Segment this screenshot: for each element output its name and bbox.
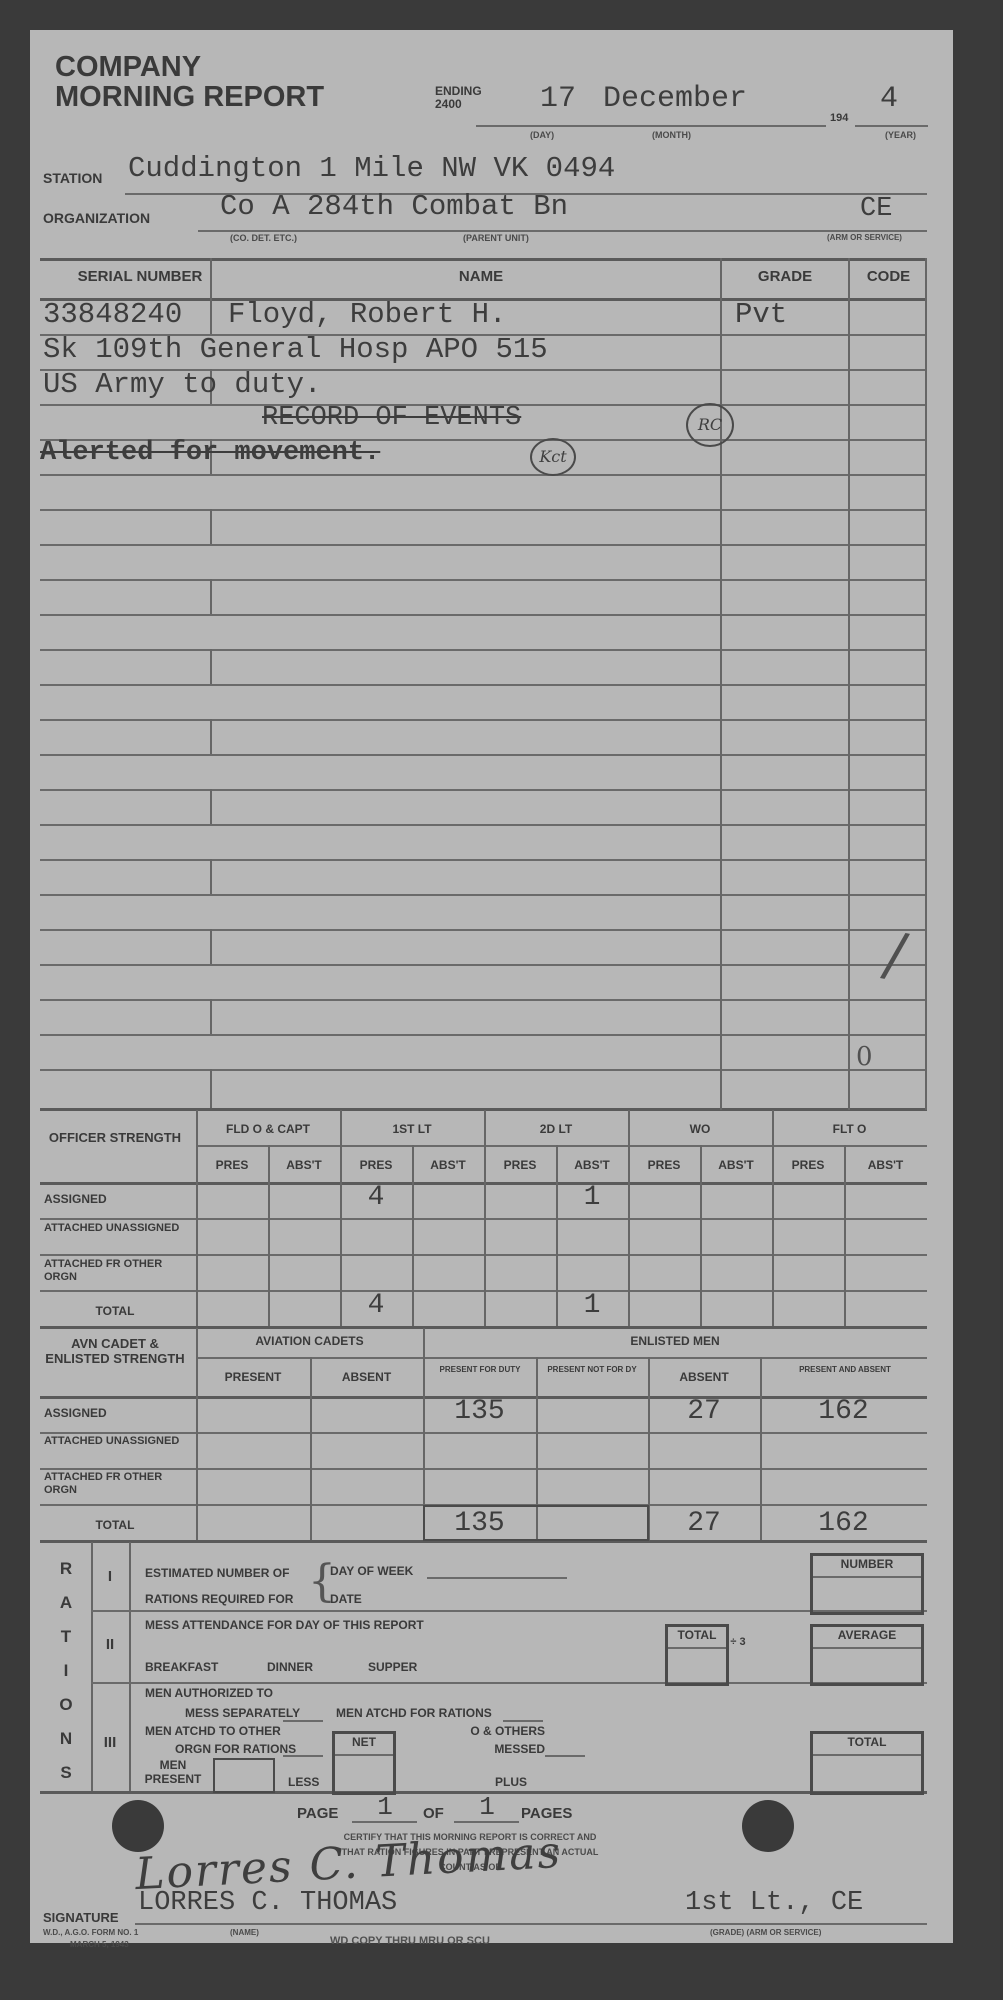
alerted-struck: Alerted for movement. xyxy=(40,438,380,468)
o-others-label: O & OTHERS xyxy=(465,1724,545,1738)
report-day: 17 xyxy=(540,82,576,116)
grade-caption: (GRADE) (ARM OR SERVICE) xyxy=(710,1928,821,1937)
officer-col-line xyxy=(772,1110,774,1326)
day-caption: (DAY) xyxy=(530,130,554,140)
plus-label: PLUS xyxy=(495,1775,527,1789)
serial-col-line xyxy=(210,579,212,614)
log-rule xyxy=(40,719,927,721)
sub-abst: ABS'T xyxy=(700,1158,772,1172)
sub-pres: PRES xyxy=(340,1158,412,1172)
assigned-absent: 27 xyxy=(648,1396,760,1427)
row-label-attached-fr-other: ATTACHED FR OTHER ORGN xyxy=(44,1258,184,1284)
officer-strength-title: OFFICER STRENGTH xyxy=(40,1130,190,1145)
sub-pres: PRES xyxy=(772,1158,844,1172)
entry-name: Floyd, Robert H. xyxy=(228,298,506,331)
organization-value: Co A 284th Combat Bn xyxy=(220,190,568,223)
day-of-week-line xyxy=(427,1577,567,1579)
rations-col-line xyxy=(129,1542,131,1792)
code-col-line xyxy=(848,258,850,1110)
row-label-attached-unassigned: ATTACHED UNASSIGNED xyxy=(44,1435,184,1448)
month-caption: (MONTH) xyxy=(652,130,691,140)
average-label: AVERAGE xyxy=(813,1628,921,1642)
log-rule xyxy=(40,894,927,896)
rations-side-label: R A T I O N S xyxy=(48,1552,84,1790)
record-of-events-struck: RECORD OF EVENTS xyxy=(262,403,521,433)
arm-of-service: CE xyxy=(860,194,892,224)
average-box-rule xyxy=(813,1647,921,1649)
rations-total-box-rule xyxy=(813,1754,921,1756)
signature-line xyxy=(135,1923,927,1925)
section-ii-number: II xyxy=(91,1636,129,1653)
men-present-label: MEN PRESENT xyxy=(130,1758,216,1786)
log-rule xyxy=(40,649,927,651)
enlisted-col-line xyxy=(310,1357,312,1540)
total-2d-lt-abst: 1 xyxy=(556,1290,628,1321)
col-present-for-duty: PRESENT FOR DUTY xyxy=(430,1363,530,1377)
serial-col-line xyxy=(210,509,212,544)
log-rule xyxy=(40,754,927,756)
men-atchd-rations-label: MEN ATCHD FOR RATIONS xyxy=(336,1706,492,1720)
organization-line xyxy=(198,230,927,232)
signature-label: SIGNATURE xyxy=(43,1910,119,1925)
group-1st-lt: 1ST LT xyxy=(340,1122,484,1136)
col-cadets-absent: ABSENT xyxy=(310,1370,423,1384)
arm-caption: (ARM OR SERVICE) xyxy=(827,233,902,242)
serial-col-line xyxy=(210,649,212,684)
sub-pres: PRES xyxy=(628,1158,700,1172)
day-of-week-label: DAY OF WEEK xyxy=(330,1564,413,1578)
side-letter: S xyxy=(48,1756,84,1790)
sub-abst: ABS'T xyxy=(412,1158,484,1172)
group-flt-o: FLT O xyxy=(772,1122,927,1136)
sub-pres: PRES xyxy=(196,1158,268,1172)
section-iii-number: III xyxy=(91,1734,129,1751)
side-letter: N xyxy=(48,1722,84,1756)
mess-separately-line xyxy=(283,1720,323,1722)
total-pages: 1 xyxy=(457,1792,517,1822)
co-caption: (CO. DET. ETC.) xyxy=(230,233,297,243)
section-i-label: ESTIMATED NUMBER OF RATIONS REQUIRED FOR xyxy=(145,1560,293,1612)
men-atchd-rations-line xyxy=(503,1720,543,1722)
year-line xyxy=(855,125,928,127)
name-header: NAME xyxy=(242,268,720,285)
title-line-1: COMPANY xyxy=(55,52,324,82)
side-letter: O xyxy=(48,1688,84,1722)
log-rule xyxy=(40,509,927,511)
margin-zero-mark: 0 xyxy=(856,1042,873,1072)
log-rule xyxy=(40,1034,927,1036)
section-i-line-1: ESTIMATED NUMBER OF xyxy=(145,1560,293,1586)
log-rule xyxy=(40,859,927,861)
year-caption: (YEAR) xyxy=(885,130,916,140)
serial-col-line xyxy=(210,999,212,1034)
punch-hole-left xyxy=(112,1800,164,1852)
entry-line-2: Sk 109th General Hosp APO 515 xyxy=(43,333,548,366)
mess-attendance-title: MESS ATTENDANCE FOR DAY OF THIS REPORT xyxy=(145,1618,424,1632)
mess-total-rule xyxy=(668,1647,726,1649)
divide-by-three: ÷ 3 xyxy=(728,1634,748,1650)
present-text: PRESENT xyxy=(130,1772,216,1786)
grade-header: GRADE xyxy=(722,268,848,285)
officer-col-line xyxy=(628,1110,630,1326)
organization-label: ORGANIZATION xyxy=(43,210,150,226)
serial-col-line xyxy=(210,258,212,334)
enlisted-rule xyxy=(40,1432,927,1434)
officer-bottom-rule xyxy=(40,1326,927,1329)
group-wo: WO xyxy=(628,1122,772,1136)
year-prefix: 194 xyxy=(830,112,848,124)
col-present-not-for-duty: PRESENT NOT FOR DY xyxy=(542,1363,642,1377)
serial-col-line xyxy=(210,789,212,824)
sub-abst: ABS'T xyxy=(556,1158,628,1172)
net-box-rule xyxy=(335,1754,393,1756)
officer-col-line xyxy=(268,1145,270,1326)
col-present-and-absent: PRESENT AND ABSENT xyxy=(780,1363,910,1377)
net-label: NET xyxy=(335,1735,393,1749)
dinner-label: DINNER xyxy=(267,1660,313,1674)
number-label: NUMBER xyxy=(813,1557,921,1571)
breakfast-label: BREAKFAST xyxy=(145,1660,218,1674)
pages-label: PAGES xyxy=(521,1805,572,1822)
serial-col-line xyxy=(210,929,212,964)
men-atchd-other-label: MEN ATCHD TO OTHER xyxy=(145,1724,281,1738)
log-rule xyxy=(40,1069,927,1071)
initials-stamp: RC xyxy=(686,403,734,447)
grade-col-line xyxy=(720,258,722,1110)
signer-name: LORRES C. THOMAS xyxy=(138,1888,397,1918)
assigned-present-for-duty: 135 xyxy=(423,1396,536,1427)
men-present-box xyxy=(213,1758,275,1793)
log-rule xyxy=(40,964,927,966)
officer-col-line xyxy=(844,1145,846,1326)
row-label-total: TOTAL xyxy=(40,1304,190,1318)
enlisted-rule xyxy=(40,1468,927,1470)
serial-col-line xyxy=(210,719,212,754)
log-rule xyxy=(40,684,927,686)
officer-col-line xyxy=(412,1145,414,1326)
officer-col-line xyxy=(484,1110,486,1326)
log-rule xyxy=(40,614,927,616)
copy-routing-note: WD COPY THRU MRU OR SCU xyxy=(330,1935,490,1947)
row-label-attached-unassigned: ATTACHED UNASSIGNED xyxy=(44,1222,184,1235)
station-label: STATION xyxy=(43,170,102,186)
assigned-1st-lt-pres: 4 xyxy=(340,1182,412,1213)
side-letter: I xyxy=(48,1654,84,1688)
date-label: DATE xyxy=(330,1592,362,1606)
side-letter: T xyxy=(48,1620,84,1654)
enlisted-men-group: ENLISTED MEN xyxy=(423,1334,927,1348)
section-i-line-2: RATIONS REQUIRED FOR xyxy=(145,1586,293,1612)
total-present-and-absent: 162 xyxy=(760,1508,927,1539)
serial-col-line xyxy=(210,859,212,894)
sub-abst: ABS'T xyxy=(268,1158,340,1172)
serial-col-line xyxy=(210,1069,212,1108)
orgn-for-rations-label: ORGN FOR RATIONS xyxy=(175,1742,296,1756)
date-line xyxy=(476,125,826,127)
enlisted-col-line xyxy=(196,1328,198,1540)
log-rule xyxy=(40,579,927,581)
supper-label: SUPPER xyxy=(368,1660,417,1674)
enlisted-group-rule xyxy=(196,1357,927,1359)
page-label: PAGE xyxy=(297,1805,338,1822)
number-box-rule xyxy=(813,1576,921,1578)
form-number: W.D., A.G.O. FORM NO. 1 xyxy=(43,1928,138,1937)
section-i-number: I xyxy=(91,1568,129,1585)
orgn-rations-line xyxy=(283,1755,323,1757)
log-rule xyxy=(40,824,927,826)
signer-grade: 1st Lt., CE xyxy=(685,1888,863,1918)
punch-hole-right xyxy=(742,1800,794,1852)
less-label: LESS xyxy=(288,1775,319,1789)
code-header: CODE xyxy=(850,268,927,285)
side-letter: R xyxy=(48,1552,84,1586)
right-edge-line xyxy=(925,258,927,1110)
sub-abst: ABS'T xyxy=(844,1158,927,1172)
of-label: OF xyxy=(423,1805,444,1822)
row-label-total: TOTAL xyxy=(40,1518,190,1532)
log-rule xyxy=(40,999,927,1001)
initials-stamp: Kct xyxy=(530,438,576,476)
report-year: 4 xyxy=(880,82,898,116)
rations-rule xyxy=(91,1682,927,1684)
mess-total-label: TOTAL xyxy=(668,1628,726,1642)
col-cadets-present: PRESENT xyxy=(196,1370,310,1384)
enlisted-strength-title: AVN CADET & ENLISTED STRENGTH xyxy=(40,1336,190,1366)
ending-time: 2400 xyxy=(435,98,482,111)
total-1st-lt-pres: 4 xyxy=(340,1290,412,1321)
men-text: MEN xyxy=(130,1758,216,1772)
parent-caption: (PARENT UNIT) xyxy=(463,233,529,243)
officer-group-rule xyxy=(196,1145,927,1147)
group-2d-lt: 2D LT xyxy=(484,1122,628,1136)
report-month: December xyxy=(603,82,747,116)
log-rule xyxy=(40,929,927,931)
log-rule xyxy=(40,544,927,546)
row-label-assigned: ASSIGNED xyxy=(44,1192,107,1206)
col-absent: ABSENT xyxy=(648,1370,760,1384)
page-line xyxy=(352,1821,417,1823)
assigned-present-and-absent: 162 xyxy=(760,1396,927,1427)
log-rule xyxy=(40,474,927,476)
officer-col-line xyxy=(700,1145,702,1326)
messed-line xyxy=(545,1755,585,1757)
row-label-attached-fr-other: ATTACHED FR OTHER ORGN xyxy=(44,1471,184,1497)
log-rule xyxy=(40,789,927,791)
group-fld-o-capt: FLD O & CAPT xyxy=(196,1122,340,1136)
row-label-assigned: ASSIGNED xyxy=(44,1406,107,1420)
officer-col-line xyxy=(196,1110,198,1326)
ending-label: ENDING 2400 xyxy=(435,85,482,111)
form-date: MARCH 5, 1943 xyxy=(70,1940,129,1949)
side-letter: A xyxy=(48,1586,84,1620)
entry-serial: 33848240 xyxy=(43,298,182,331)
morning-report-form: COMPANY MORNING REPORT ENDING 2400 17 De… xyxy=(30,30,953,1943)
assigned-2d-lt-abst: 1 xyxy=(556,1182,628,1213)
rations-total-label: TOTAL xyxy=(813,1735,921,1749)
total-absent: 27 xyxy=(648,1508,760,1539)
total-present-for-duty: 135 xyxy=(423,1508,536,1539)
sub-pres: PRES xyxy=(484,1158,556,1172)
aviation-cadets-group: AVIATION CADETS xyxy=(196,1334,423,1348)
men-authorized-label: MEN AUTHORIZED TO xyxy=(145,1686,273,1700)
station-value: Cuddington 1 Mile NW VK 0494 xyxy=(128,152,615,185)
page-number: 1 xyxy=(355,1792,415,1822)
name-caption: (NAME) xyxy=(230,1928,259,1937)
mess-separately-label: MESS SEPARATELY xyxy=(185,1706,300,1720)
pages-line xyxy=(454,1821,519,1823)
form-title: COMPANY MORNING REPORT xyxy=(55,52,324,112)
messed-label: MESSED xyxy=(480,1742,545,1756)
entry-grade: Pvt xyxy=(735,298,787,331)
title-line-2: MORNING REPORT xyxy=(55,82,324,112)
log-top-rule xyxy=(40,258,927,261)
entry-line-3: US Army to duty. xyxy=(43,368,321,401)
